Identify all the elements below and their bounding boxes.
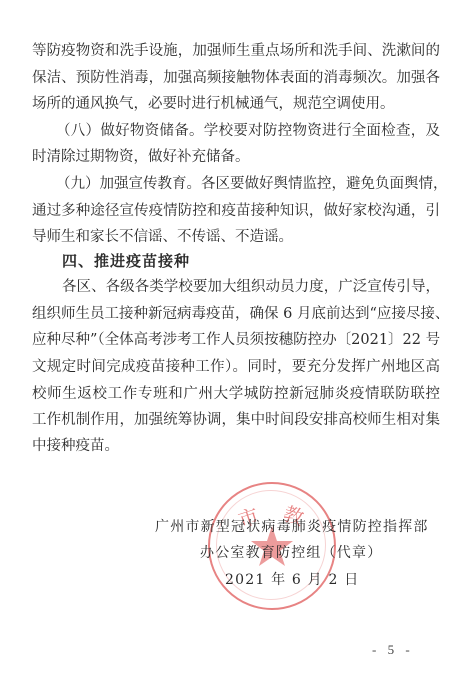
section-body-line: 文规定时间完成疫苗接种工作）。同时，要充分发挥广州地区高 (32, 356, 440, 378)
section-body-line: 中接种疫苗。 (32, 435, 440, 457)
signature-org-line-2: 办公室教育防控组（代章） (200, 542, 382, 564)
item-8-line: （八）做好物资储备。学校要对防控物资进行全面检查，及 (56, 120, 440, 142)
section-body-line: 组织师生员工接种新冠病毒疫苗，确保 6 月底前达到“应接尽接、 (32, 303, 440, 325)
section-body-line: 应种尽种”（全体高考涉考工作人员须按穗防控办〔2021〕22 号 (32, 329, 440, 351)
item-9-line: （九）加强宣传教育。各区要做好舆情监控，避免负面舆情， (56, 173, 440, 195)
section-body-line: 校师生返校工作专班和广州大学城防控新冠肺炎疫情联防联控 (32, 383, 440, 405)
body-line: 场所的通风换气，必要时进行机械通气，规范空调使用。 (32, 93, 440, 115)
item-9-line: 导师生和家长不信谣、不传谣、不造谣。 (32, 226, 440, 248)
item-9-line: 通过多种途径宣传疫情防控和疫苗接种知识，做好家校沟通，引 (32, 200, 440, 222)
signature-date: 2021 年 6 月 2 日 (225, 569, 360, 591)
item-8-line: 时清除过期物资，做好补充储备。 (32, 146, 440, 168)
body-line: 等防疫物资和洗手设施，加强师生重点场所和洗手间、洗漱间的 (32, 40, 440, 62)
section-body-line: 工作机制作用，加强统筹协调，集中时间段安排高校师生相对集 (32, 409, 440, 431)
document-page: 等防疫物资和洗手设施，加强师生重点场所和洗手间、洗漱间的 保洁、预防性消毒，加强… (0, 0, 472, 676)
section-body-line: 各区、各级各类学校要加大组织动员力度，广泛宣传引导， (62, 276, 440, 298)
body-line: 保洁、预防性消毒，加强高频接触物体表面的消毒频次。加强各 (32, 67, 440, 89)
section-heading: 四、推进疫苗接种 (62, 250, 190, 272)
signature-org-line-1: 广州市新型冠状病毒肺炎疫情防控指挥部 (155, 516, 429, 538)
page-number: - 5 - (372, 642, 414, 658)
